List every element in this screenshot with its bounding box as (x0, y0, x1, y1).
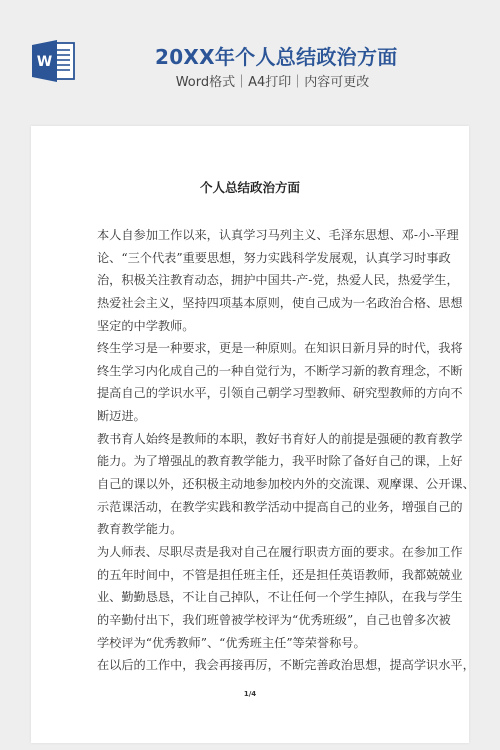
body-line: 论、“三个代表”重要思想，努力实践科学发展观，认真学习时事政 (97, 247, 407, 270)
body-line: 坚定的中学教师。 (97, 315, 407, 338)
body-line: 学校评为“优秀教师”、“优秀班主任”等荣誉称号。 (97, 632, 407, 655)
body-line: 自己的课以外，还积极主动地参加校内外的交流课、观摩课、公开课、 (97, 473, 407, 496)
word-document-icon: W (31, 40, 77, 82)
body-line: 为人师表、尽职尽责是我对自己在履行职责方面的要求。在参加工作 (97, 541, 407, 564)
body-line: 断迈进。 (97, 405, 407, 428)
body-line: 治，积极关注教育动态，拥护中国共-产-党，热爱人民，热爱学生， (97, 269, 407, 292)
page-number: 1/4 (31, 689, 469, 699)
body-line: 热爱社会主义，坚持四项基本原则，使自己成为一名政治合格、思想 (97, 292, 407, 315)
body-line: 提高自己的学识水平，引领自己朝学习型教师、研究型教师的方向不 (97, 382, 407, 405)
body-line: 业、勤勤恳恳，不让自己掉队，不让任何一个学生掉队，在我与学生 (97, 586, 407, 609)
document-title: 个人总结政治方面 (31, 179, 469, 197)
body-line: 的辛勤付出下，我们班曾被学校评为“优秀班级”，自己也曾多次被 (97, 609, 407, 632)
header-banner: W 20XX年个人总结政治方面 Word格式｜A4打印｜内容可更改 (0, 0, 500, 115)
header-title: 20XX年个人总结政治方面 (155, 44, 390, 70)
document-page: 个人总结政治方面 本人自参加工作以来，认真学习马列主义、毛泽东思想、邓-小-平理… (31, 126, 469, 743)
body-line: 在以后的工作中，我会再接再厉，不断完善政治思想，提高学识水平， (97, 654, 407, 677)
document-body: 本人自参加工作以来，认真学习马列主义、毛泽东思想、邓-小-平理 论、“三个代表”… (97, 224, 407, 677)
body-line: 教育教学能力。 (97, 518, 407, 541)
body-line: 能力。为了增强乩的教育教学能力，我平时除了备好自己的课，上好 (97, 450, 407, 473)
body-line: 终生学习是一种要求，更是一种原则。在知识日新月异的时代，我将 (97, 337, 407, 360)
body-line: 教书育人始终是教师的本职，教好书育好人的前提是强硬的教育教学 (97, 428, 407, 451)
header-subtitle: Word格式｜A4打印｜内容可更改 (170, 74, 375, 92)
body-line: 示范课活动，在教学实践和教学活动中提高自己的业务，增强自己的 (97, 496, 407, 519)
body-line: 的五年时间中，不管是担任班主任，还是担任英语教师，我都兢兢业 (97, 564, 407, 587)
svg-text:W: W (37, 54, 52, 70)
body-line: 本人自参加工作以来，认真学习马列主义、毛泽东思想、邓-小-平理 (97, 224, 407, 247)
body-line: 终生学习内化成自己的一种自觉行为，不断学习新的教育理念，不断 (97, 360, 407, 383)
